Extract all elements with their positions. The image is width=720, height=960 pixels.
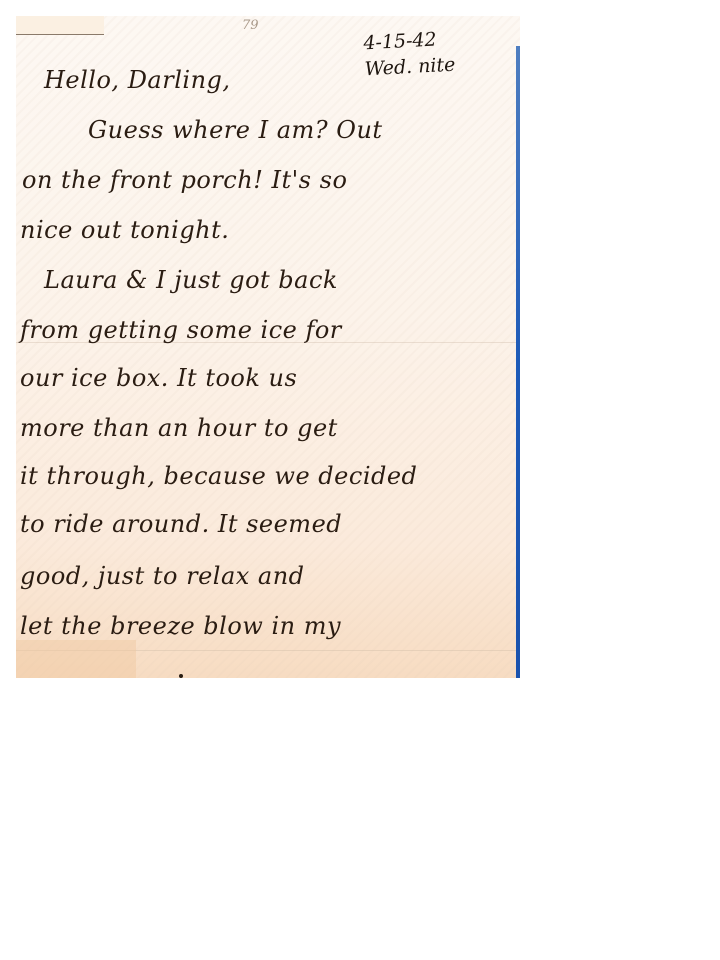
letter-line: nice out tonight.	[20, 216, 229, 244]
letter-line: our ice box. It took us	[20, 364, 297, 392]
letter-scan: 79 4-15-42 Wed. nite Hello, Darling, Gue…	[16, 16, 520, 678]
ink-dot	[179, 674, 183, 678]
letter-line: more than an hour to get	[20, 414, 338, 442]
page-number: 79	[242, 18, 259, 33]
salutation: Hello, Darling,	[44, 66, 231, 94]
date-block: 4-15-42 Wed. nite	[363, 26, 456, 83]
letter-line: let the breeze blow in my	[20, 612, 341, 640]
letter-day: Wed. nite	[364, 52, 456, 83]
torn-corner-tab	[16, 16, 104, 35]
blue-backing-edge	[516, 46, 520, 678]
letter-line: it through, because we decided	[20, 462, 417, 490]
letter-line: to ride around. It seemed	[20, 510, 342, 538]
letter-line: Guess where I am? Out	[88, 116, 383, 144]
letter-line: good, just to relax and	[20, 562, 305, 590]
letter-line: on the front porch! It's so	[22, 166, 347, 194]
letter-line: Laura & I just got back	[44, 266, 338, 294]
paper-stain	[16, 640, 136, 678]
letter-line: from getting some ice for	[20, 316, 342, 344]
